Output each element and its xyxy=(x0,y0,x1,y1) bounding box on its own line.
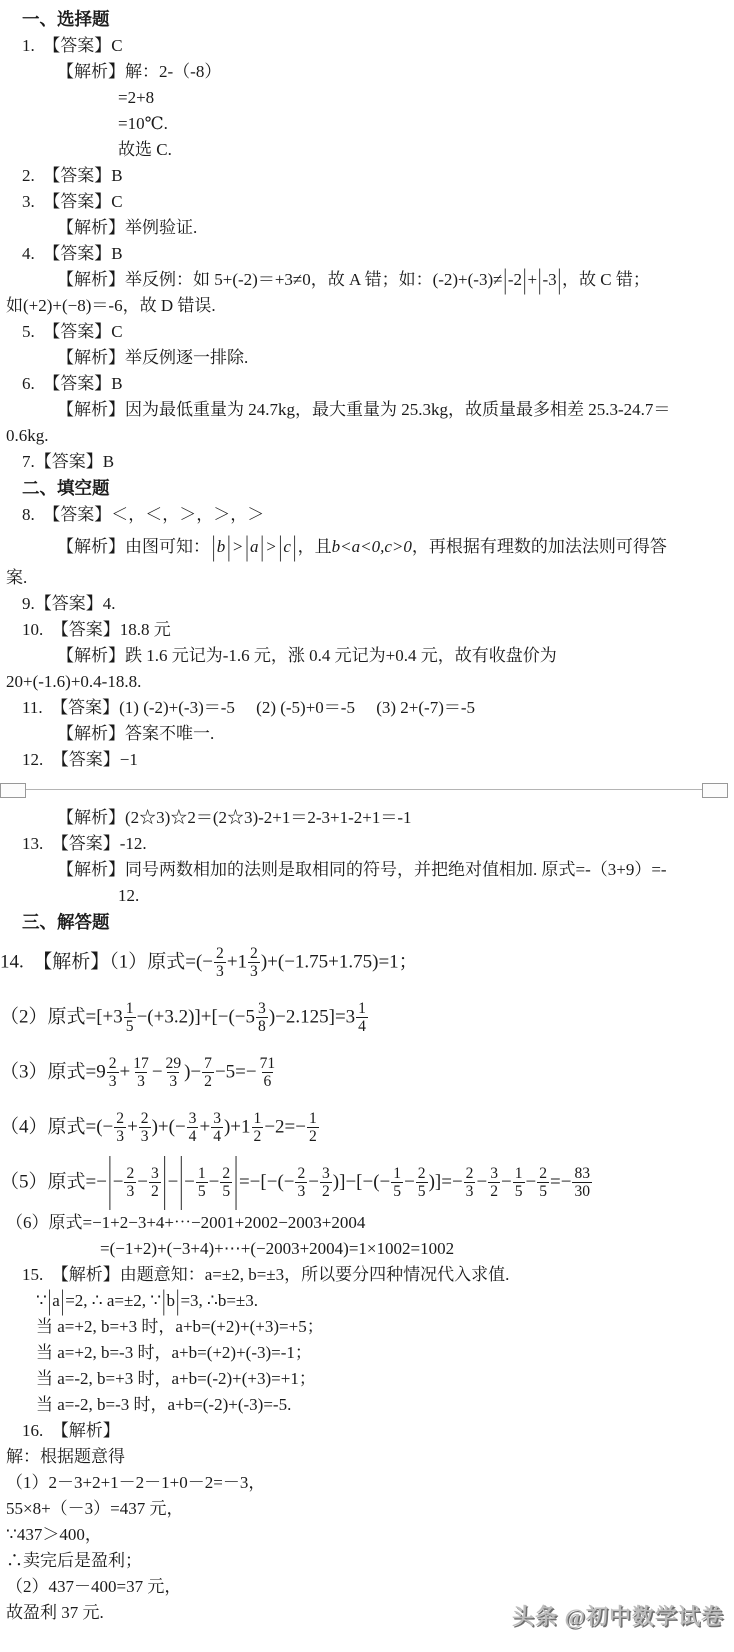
fraction-numerator: 1 xyxy=(356,1000,368,1017)
abs-bar: | xyxy=(523,258,526,302)
text-line: =2+8 xyxy=(0,85,728,111)
text-line: 4. 【答案】B xyxy=(0,241,728,267)
fraction: 173 xyxy=(131,1055,151,1091)
fraction-denominator: 4 xyxy=(356,1017,368,1035)
fraction-denominator: 5 xyxy=(391,1182,403,1200)
text-line: 解：根据题意得 xyxy=(0,1444,728,1470)
text-line: 12. 【答案】−1 xyxy=(0,747,728,773)
text-line: 2. 【答案】B xyxy=(0,163,728,189)
text-line: （3）原式=923+173−293)−72−5=−716 xyxy=(0,1046,728,1101)
text-line: 15. 【解析】由题意知：a=±2, b=±3，所以要分四种情况代入求值. xyxy=(0,1262,728,1288)
fraction-denominator: 5 xyxy=(196,1182,208,1200)
fraction: 25 xyxy=(416,1165,428,1201)
text-line: 7.【答案】B xyxy=(0,449,728,475)
fraction: 32 xyxy=(320,1165,332,1201)
fraction: 15 xyxy=(124,1000,136,1036)
abs-bar: | xyxy=(503,258,506,302)
fraction-denominator: 5 xyxy=(513,1182,525,1200)
page-break-left-box xyxy=(0,783,26,798)
text-line: 【解析】由图可知：|b|>|a|>|c|，且b<a<0,c>0，再根据有理数的加… xyxy=(0,528,728,565)
fraction: 34 xyxy=(187,1110,199,1146)
fraction: 12 xyxy=(307,1110,319,1146)
abs-bar: | xyxy=(163,1135,167,1228)
fraction: 34 xyxy=(211,1110,223,1146)
abs-bar: | xyxy=(179,1135,183,1228)
text-line: 14. 【解析】（1）原式=(−23+123)+(−1.75+1.75)=1； xyxy=(0,936,728,991)
document-page: { "page": {"background": "#ffffff", "tex… xyxy=(0,0,734,1652)
text-line: 【解析】举反例：如 5+(-2)＝+3≠0，故 A 错；如：(-2)+(-3)≠… xyxy=(0,267,728,293)
fraction-denominator: 3 xyxy=(167,1072,179,1090)
fraction: 23 xyxy=(248,945,260,981)
fraction-denominator: 3 xyxy=(248,962,260,980)
abs-bar: | xyxy=(292,525,297,569)
text-line: 20+(-1.6)+0.4-18.8. xyxy=(0,669,728,695)
abs-bar: | xyxy=(61,1279,64,1323)
fraction: 15 xyxy=(391,1165,403,1201)
text-line: 1. 【答案】C xyxy=(0,33,728,59)
fraction-denominator: 2 xyxy=(320,1182,332,1200)
text-line: 10. 【答案】18.8 元 xyxy=(0,617,728,643)
fraction-denominator: 3 xyxy=(107,1072,119,1090)
fraction-numerator: 3 xyxy=(256,1000,268,1017)
fraction-numerator: 1 xyxy=(513,1165,525,1182)
text-line: 当 a=+2, b=-3 时，a+b=(+2)+(-3)=-1； xyxy=(0,1340,728,1366)
text-line: （2）原式=[+315−(+3.2)]+[−(−538)−2.125]=314 xyxy=(0,991,728,1046)
fraction: 23 xyxy=(114,1110,126,1146)
text-line: 16. 【解析】 xyxy=(0,1418,728,1444)
section-heading: 一、选择题 xyxy=(0,6,728,33)
fraction: 23 xyxy=(139,1110,151,1146)
fraction-denominator: 3 xyxy=(135,1072,147,1090)
abs-bar: | xyxy=(538,258,541,302)
fraction-numerator: 3 xyxy=(211,1110,223,1127)
fraction-numerator: 83 xyxy=(572,1165,592,1182)
section-heading: 三、解答题 xyxy=(0,909,728,936)
page-break-right-box xyxy=(702,783,728,798)
abs-bar: | xyxy=(244,525,249,569)
fraction: 8330 xyxy=(572,1165,592,1201)
text-line: 9.【答案】4. xyxy=(0,591,728,617)
fraction-denominator: 5 xyxy=(416,1182,428,1200)
text-line: 6. 【答案】B xyxy=(0,371,728,397)
text-line: 12. xyxy=(0,883,728,909)
fraction-numerator: 29 xyxy=(164,1055,184,1072)
fraction-denominator: 2 xyxy=(252,1127,264,1145)
fraction-numerator: 1 xyxy=(124,1000,136,1017)
abs-bar: | xyxy=(278,525,283,569)
fraction: 23 xyxy=(107,1055,119,1091)
text-line: =(−1+2)+(−3+4)+⋯+(−2003+2004)=1×1002=100… xyxy=(0,1236,728,1262)
page-break-line xyxy=(0,789,728,790)
text-line: 【解析】同号两数相加的法则是取相同的符号，并把绝对值相加. 原式=-（3+9）=… xyxy=(0,857,728,883)
abs-bar: | xyxy=(162,1279,165,1323)
text-line: ∴卖完后是盈利； xyxy=(0,1548,728,1574)
abs-bar: | xyxy=(234,1135,238,1228)
fraction-denominator: 5 xyxy=(124,1017,136,1035)
text-line: 案. xyxy=(0,565,728,591)
fraction-numerator: 2 xyxy=(295,1165,307,1182)
fraction-denominator: 3 xyxy=(295,1182,307,1200)
abs-bar: | xyxy=(226,525,231,569)
text-line: ∵437＞400， xyxy=(0,1522,728,1548)
fraction-numerator: 2 xyxy=(107,1055,119,1072)
fraction: 15 xyxy=(196,1165,208,1201)
fraction-numerator: 7 xyxy=(202,1055,214,1072)
fraction: 15 xyxy=(513,1165,525,1201)
fraction-numerator: 3 xyxy=(488,1165,500,1182)
text-line: 11. 【答案】(1) (-2)+(-3)＝-5 (2) (-5)+0＝-5 (… xyxy=(0,695,728,721)
text-line: 55×8+（－3）=437 元， xyxy=(0,1496,728,1522)
fraction-numerator: 1 xyxy=(196,1165,208,1182)
text-line: ∵|a|=2, ∴ a=±2, ∵|b|=3, ∴b=±3. xyxy=(0,1288,728,1314)
fraction: 72 xyxy=(202,1055,214,1091)
fraction-denominator: 3 xyxy=(124,1182,136,1200)
fraction: 14 xyxy=(356,1000,368,1036)
fraction-numerator: 1 xyxy=(391,1165,403,1182)
abs-bar: | xyxy=(176,1279,179,1323)
fraction-numerator: 2 xyxy=(248,945,260,962)
fraction-numerator: 2 xyxy=(139,1110,151,1127)
abs-bar: | xyxy=(211,525,216,569)
fraction: 25 xyxy=(537,1165,549,1201)
fraction-denominator: 5 xyxy=(537,1182,549,1200)
fraction: 23 xyxy=(124,1165,136,1201)
text-line: （5）原式=−|−23−32|−|−15−25|=−[−(−23−32)]−[−… xyxy=(0,1156,728,1211)
text-line: 【解析】因为最低重量为 24.7kg，最大重量为 25.3kg，故质量最多相差 … xyxy=(0,397,728,423)
fraction: 32 xyxy=(149,1165,161,1201)
text-line: 13. 【答案】-12. xyxy=(0,831,728,857)
fraction-denominator: 3 xyxy=(139,1127,151,1145)
text-line: （2）437－400=37 元， xyxy=(0,1574,728,1600)
text-line: 【解析】跌 1.6 元记为-1.6 元，涨 0.4 元记为+0.4 元，故有收盘… xyxy=(0,643,728,669)
text-line: 【解析】(2☆3)☆2＝(2☆3)-2+1＝2-3+1-2+1＝-1 xyxy=(0,805,728,831)
page-break-divider xyxy=(0,781,728,799)
text-line: 【解析】举反例逐一排除. xyxy=(0,345,728,371)
fraction-numerator: 71 xyxy=(258,1055,278,1072)
fraction-numerator: 2 xyxy=(464,1165,476,1182)
fraction-numerator: 17 xyxy=(131,1055,151,1072)
text-line: 当 a=+2, b=+3 时，a+b=(+2)+(+3)=+5； xyxy=(0,1314,728,1340)
fraction: 23 xyxy=(295,1165,307,1201)
fraction-denominator: 4 xyxy=(187,1127,199,1145)
text-line: 当 a=-2, b=-3 时，a+b=(-2)+(-3)=-5. xyxy=(0,1392,728,1418)
fraction: 38 xyxy=(256,1000,268,1036)
abs-bar: | xyxy=(558,258,561,302)
fraction: 25 xyxy=(220,1165,232,1201)
fraction-numerator: 1 xyxy=(252,1110,264,1127)
fraction-denominator: 2 xyxy=(149,1182,161,1200)
fraction-numerator: 2 xyxy=(214,945,226,962)
text-line: 【解析】举例验证. xyxy=(0,215,728,241)
fraction-denominator: 4 xyxy=(211,1127,223,1145)
abs-bar: | xyxy=(48,1279,51,1323)
fraction-numerator: 3 xyxy=(149,1165,161,1182)
fraction-denominator: 3 xyxy=(214,962,226,980)
fraction: 23 xyxy=(214,945,226,981)
fraction-numerator: 2 xyxy=(537,1165,549,1182)
fraction-denominator: 2 xyxy=(202,1072,214,1090)
fraction-numerator: 2 xyxy=(124,1165,136,1182)
fraction-numerator: 2 xyxy=(220,1165,232,1182)
text-line: 如(+2)+(−8)＝-6，故 D 错误. xyxy=(0,293,728,319)
text-line: =10℃. xyxy=(0,111,728,137)
text-line: 5. 【答案】C xyxy=(0,319,728,345)
text-line: 【解析】解：2-（-8） xyxy=(0,59,728,85)
fraction: 293 xyxy=(164,1055,184,1091)
text-line: 8. 【答案】＜，＜，＞，＞，＞ xyxy=(0,502,728,528)
math-italic: b<a<0,c>0 xyxy=(332,537,412,556)
document-body: 一、选择题1. 【答案】C【解析】解：2-（-8）=2+8=10℃.故选 C.2… xyxy=(0,0,734,1626)
fraction-numerator: 1 xyxy=(307,1110,319,1127)
fraction: 716 xyxy=(258,1055,278,1091)
fraction-denominator: 3 xyxy=(114,1127,126,1145)
text-line: 0.6kg. xyxy=(0,423,728,449)
fraction-numerator: 3 xyxy=(320,1165,332,1182)
watermark: 头条 @初中数学试卷 xyxy=(512,1600,724,1631)
abs-bar: | xyxy=(108,1135,112,1228)
fraction-denominator: 2 xyxy=(307,1127,319,1145)
fraction-denominator: 5 xyxy=(220,1182,232,1200)
fraction-numerator: 2 xyxy=(416,1165,428,1182)
fraction-denominator: 8 xyxy=(256,1017,268,1035)
fraction-numerator: 3 xyxy=(187,1110,199,1127)
fraction: 32 xyxy=(488,1165,500,1201)
text-line: 3. 【答案】C xyxy=(0,189,728,215)
fraction-denominator: 30 xyxy=(572,1182,592,1200)
fraction-denominator: 2 xyxy=(488,1182,500,1200)
fraction: 12 xyxy=(252,1110,264,1146)
text-line: 故选 C. xyxy=(0,137,728,163)
fraction: 23 xyxy=(464,1165,476,1201)
fraction-denominator: 6 xyxy=(262,1072,274,1090)
math-italic: |b|>|a|>|c| xyxy=(210,537,298,556)
text-line: 当 a=-2, b=+3 时，a+b=(-2)+(+3)=+1； xyxy=(0,1366,728,1392)
fraction-denominator: 3 xyxy=(464,1182,476,1200)
section-heading: 二、填空题 xyxy=(0,475,728,502)
text-line: （1）2－3+2+1－2－1+0－2=－3， xyxy=(0,1470,728,1496)
abs-bar: | xyxy=(260,525,265,569)
fraction-numerator: 2 xyxy=(114,1110,126,1127)
text-line: 【解析】答案不唯一. xyxy=(0,721,728,747)
